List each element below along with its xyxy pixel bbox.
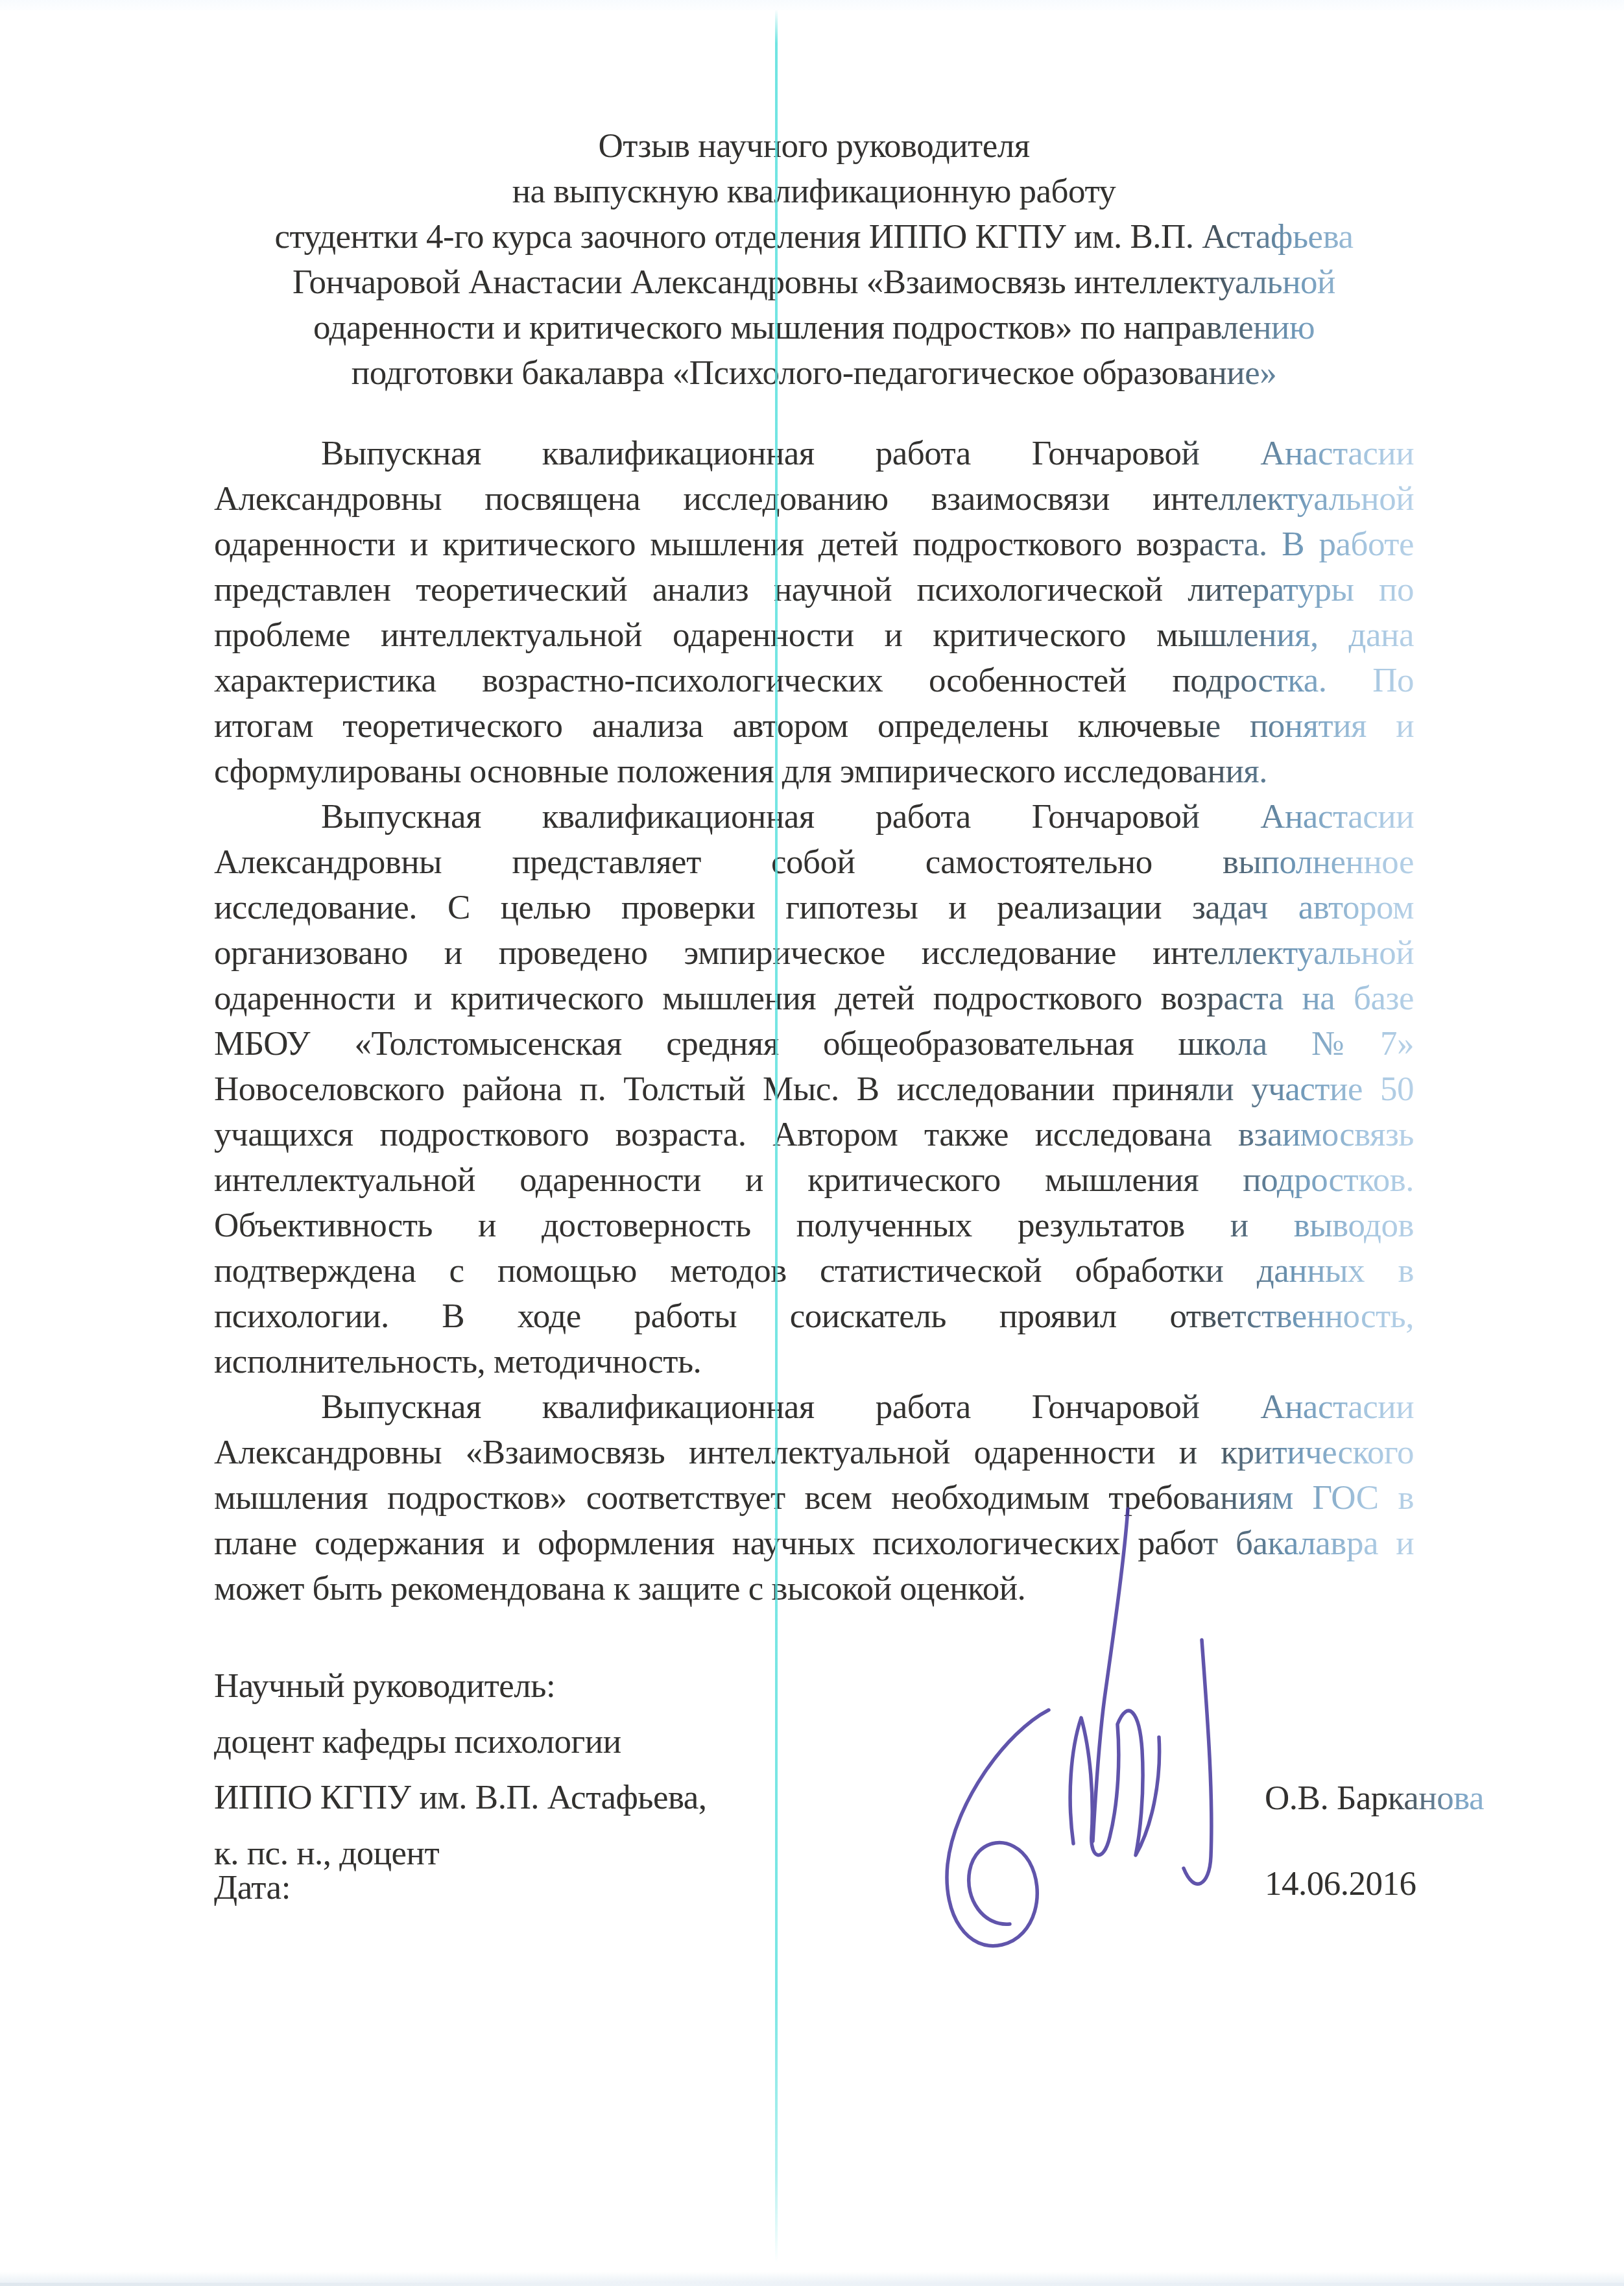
body-line: Выпускная квалификационная работа Гончар… (214, 794, 1414, 839)
body-line: проблеме интеллектуальной одаренности и … (214, 612, 1414, 658)
scan-band-top (0, 0, 1624, 10)
title-line: одаренности и критического мышления подр… (214, 305, 1414, 350)
signature-left-column: Научный руководитель: доцент кафедры пси… (214, 1658, 927, 1881)
body-line: исследование. С целью проверки гипотезы … (214, 885, 1414, 930)
scan-band-bottom (0, 2272, 1624, 2286)
scanned-document: { "document": { "kind": "Отзыв научного … (0, 0, 1624, 2286)
signature-role-line: ИППО КГПУ им. В.П. Астафьева, (214, 1770, 927, 1825)
signature-role-line: Научный руководитель: (214, 1658, 927, 1714)
signature-role-line: доцент кафедры психологии (214, 1714, 927, 1770)
body-line: итогам теоретического анализа автором оп… (214, 703, 1414, 749)
body-line: характеристика возрастно-психологических… (214, 658, 1414, 703)
body-line: МБОУ «Толстомысенская средняя общеобразо… (214, 1021, 1414, 1066)
body-line: организовано и проведено эмпирическое ис… (214, 930, 1414, 976)
title-line: Отзыв научного руководителя (214, 123, 1414, 169)
body-line: Александровны представляет собой самосто… (214, 839, 1414, 885)
body-line: Александровны посвящена исследованию вза… (214, 476, 1414, 522)
body-line: Выпускная квалификационная работа Гончар… (214, 1384, 1414, 1430)
body-line: психологии. В ходе работы соискатель про… (214, 1293, 1414, 1339)
body-line: может быть рекомендована к защите с высо… (214, 1566, 1414, 1611)
body-line: мышления подростков» соответствует всем … (214, 1475, 1414, 1521)
signature-role-line: к. пс. н., доцент (214, 1825, 927, 1881)
title-line: подготовки бакалавра «Психолого-педагоги… (214, 350, 1414, 396)
body-line: одаренности и критического мышления дете… (214, 976, 1414, 1021)
body-line: одаренности и критического мышления дете… (214, 522, 1414, 567)
body-line: Выпускная квалификационная работа Гончар… (214, 431, 1414, 476)
signature-name: О.В. Барканова (1265, 1779, 1524, 1818)
title-line: на выпускную квалификационную работу (214, 169, 1414, 214)
document-title: Отзыв научного руководителя на выпускную… (214, 123, 1414, 396)
signature-date: 14.06.2016 (1265, 1864, 1416, 1903)
body-line: интеллектуальной одаренности и критическ… (214, 1157, 1414, 1203)
body-line: Александровны «Взаимосвязь интеллектуаль… (214, 1430, 1414, 1475)
body-line: исполнительность, методичность. (214, 1339, 1414, 1384)
body-line: представлен теоретический анализ научной… (214, 567, 1414, 612)
title-line: Гончаровой Анастасии Александровны «Взаи… (214, 259, 1414, 305)
title-line: студентки 4-го курса заочного отделения … (214, 214, 1414, 259)
document-page: Отзыв научного руководителя на выпускную… (0, 0, 1624, 2286)
date-label: Дата: (214, 1868, 291, 1907)
document-body: Выпускная квалификационная работа Гончар… (214, 431, 1414, 1611)
body-line: плане содержания и оформления научных пс… (214, 1521, 1414, 1566)
body-line: учащихся подросткового возраста. Автором… (214, 1112, 1414, 1157)
body-line: Новоселовского района п. Толстый Мыс. В … (214, 1066, 1414, 1112)
body-line: Объективность и достоверность полученных… (214, 1203, 1414, 1248)
body-line: сформулированы основные положения для эм… (214, 749, 1414, 794)
body-line: подтверждена с помощью методов статистич… (214, 1248, 1414, 1293)
